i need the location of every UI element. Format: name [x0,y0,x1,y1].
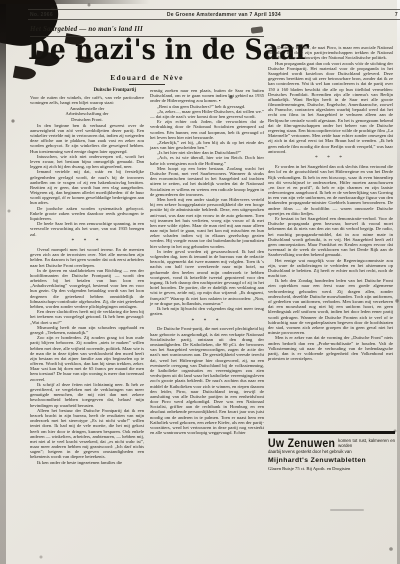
article-paragraph: De Duitsche Front-partij, die met zoovee… [150,326,264,435]
section-divider: * * * [150,319,264,324]
ad-footer-text: Glazen Buisje 75 ct. Bij Apoth. en Drogi… [268,466,395,471]
article-paragraph: Men heeft mij een ander staaltje van Hit… [150,197,264,249]
ad-header-row: Uw Zenuwen komen tot rust, kal­meeren en… [268,437,395,449]
ad-brand-text: Uw Zenuwen [268,437,335,450]
text-column-3: „der Dritte im Bunde”, de nazi Pirro, is… [268,45,393,361]
article-paragraph: Ik heb den Zondag honderden leden van he… [268,278,393,335]
article-paragraph: In den beginne ben ik verbaasd geweest o… [30,123,144,154]
article-paragraph: „Ach, es ist wie überall, hier wie im Re… [150,155,264,165]
section-divider: * * * [268,156,393,161]
article-paragraph: Een dezer slachtoffers heeft mij de verk… [30,309,144,325]
byline-rule [129,84,165,85]
column-1-body: Voor de ruiten der winkels, der café's, … [30,95,144,465]
article-paragraph: Mismoedig heeft de man zijn schouders op… [30,325,144,335]
article-paragraph: Annahmestelle der [30,106,144,111]
article-paragraph: Het eenige wat mogelijk voor de Regeerin… [268,258,393,279]
column-2-body: ernstig zoeken naar een plaats, buiten d… [150,88,264,435]
section-heading: Duitsche Frontpartij [30,88,144,93]
ad-product-name: Mijnhardt's Zenuwtabletten [268,457,395,464]
text-column-1: Duitsche Frontpartij Voor de ruiten der … [30,88,144,465]
text-column-2: ernstig zoeken naar een plaats, buiten d… [150,88,264,435]
newspaper-scan: No. 2966 De Groene Amsterdammer van 7 Ap… [0,0,400,564]
scan-artifact-top-edge [0,0,150,4]
article-headline: De nazi's in de Saar [28,33,266,65]
advertisement-mijnhardt: Uw Zenuwen komen tot rust, kal­meeren en… [268,431,395,471]
article-paragraph: Deutschen Front. [30,117,144,122]
article-paragraph: Er zijn echter ook Joden, die verwachten… [150,119,264,140]
column-3-body: „der Dritte im Bunde”, de nazi Pirro, is… [268,45,393,361]
article-paragraph: Er worden in het Saargebied dan ook slec… [268,164,393,216]
article-paragraph: „der Dritte im Bunde”, de nazi Pirro, is… [268,45,393,61]
article-paragraph: De joodsche zaken worden systematisch ge… [30,206,144,222]
scan-artifact-faint-line [330,509,364,511]
masthead: No. 2966 De Groene Amsterdammer van 7 Ap… [28,9,400,20]
article-paragraph: Ik ken onder de beste ingezetenen famili… [30,460,144,465]
issue-number: No. 2966 [30,12,53,18]
article-paragraph: „Zekerlijk,” zei hij, „ik ben blij als i… [150,140,264,150]
scan-artifact-speckles [0,0,2,2]
byline: Edouard de Nève [30,73,264,82]
article-paragraph: Overal mompelt men het woord terreur. En… [30,247,144,268]
article-paragraph: Ik heb mijn lijfwacht den volgenden dag … [150,306,264,316]
article-paragraph: „Ja, zeker...., maar geen Hitler-Duitsch… [150,109,264,119]
article-paragraph: Ik schrijf al deze feiten niet lichtzinn… [30,382,144,408]
ad-top-rule [268,431,395,434]
article-paragraph: Men is er zeker van dat de vorming der „… [268,335,393,361]
article-paragraph: Voor de ruiten der winkels, der café's, … [30,95,144,105]
article-paragraph: ernstig zoeken naar een plaats, buiten d… [150,88,264,104]
article-paragraph: Intusschen, wie zich niet onderwerpen wi… [30,154,144,170]
ad-side-text: komen tot rust, kal­meeren en worden [338,437,395,448]
article-paragraph: Zoo zijn er honderden. Zij zouden graag … [30,335,144,382]
article-paragraph: Men hoopt op een beter bestaan. Zoolang … [150,166,264,197]
article-paragraph: Iemand vertelde mij dat, wáár en bij fee… [30,169,144,205]
article-paragraph: Er bestaat in het Saargebied een demonst… [268,216,393,258]
article-paragraph: In de ijzeren en staalfabrieken van Röch… [30,268,144,310]
masthead-title: De Groene Amsterdammer van 7 April 1934 [53,12,395,18]
article-paragraph: Hun propaganda gaat dan ook voort zooals… [268,61,393,154]
section-divider: * * * [30,239,144,244]
article-paragraph: Alleen het bestuur der Duitsche Frontpar… [30,408,144,460]
scan-artifact-left-edge [0,0,6,564]
article-paragraph: In ieder geval worden zij gewaarschuwd. … [150,249,264,306]
article-paragraph: De heele Saar leeft in een zenuwachtige … [30,221,144,237]
article-paragraph: Arbeitsbeschaffung der [30,111,144,116]
page-number: 7 [395,12,398,18]
